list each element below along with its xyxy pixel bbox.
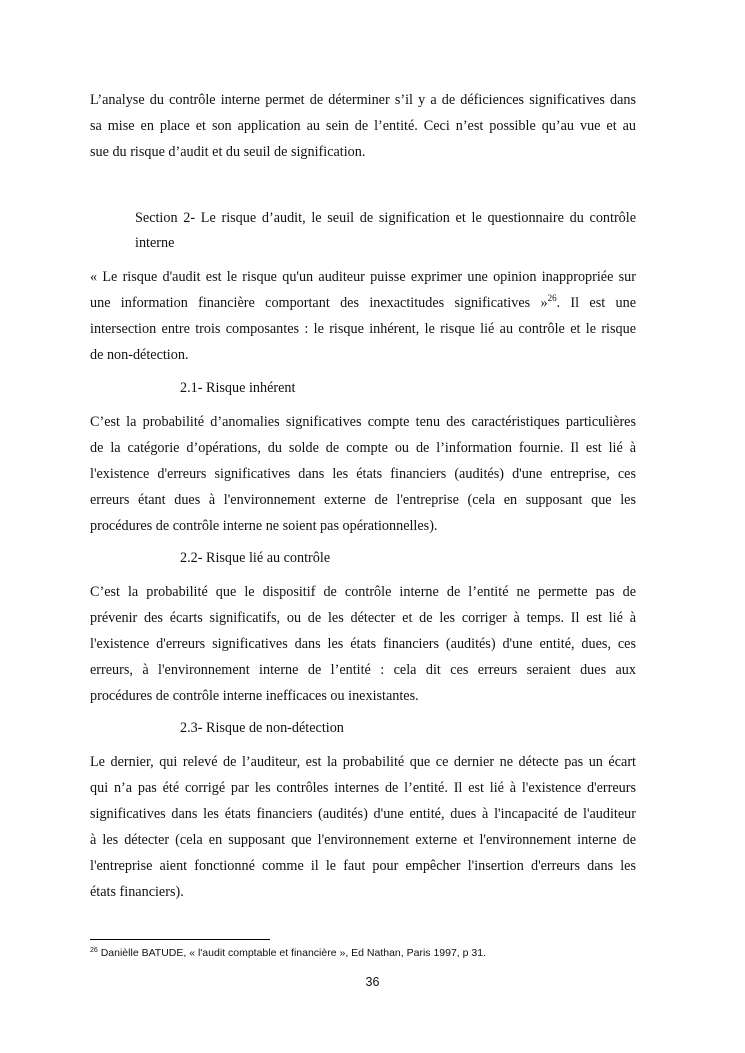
subsection-2-2-line-2: prévenir des écarts significatifs, ou de… (90, 609, 636, 627)
subsection-2-3-line-4: à les détecter (cela en supposant que l'… (90, 831, 636, 849)
subsection-2-2-line-3: l'existence d'erreurs significatives dan… (90, 635, 636, 653)
intro-line-3: sue du risque d’audit et du seuil de sig… (90, 143, 636, 161)
footnote-text: Danièlle BATUDE, « l'audit comptable et … (98, 947, 486, 959)
subsection-2-1-line-1: C’est la probabilité d’anomalies signifi… (90, 413, 636, 431)
footnote-separator (90, 939, 270, 940)
footnote: 26 Danièlle BATUDE, « l'audit comptable … (90, 946, 486, 960)
page-number: 36 (0, 975, 745, 989)
definition-line-1: « Le risque d'audit est le risque qu'un … (90, 268, 636, 286)
intro-line-1: L’analyse du contrôle interne permet de … (90, 91, 636, 109)
footnote-reference[interactable]: 26 (548, 293, 557, 303)
subsection-heading-2-3: 2.3- Risque de non-détection (180, 719, 726, 737)
definition-line-2-text: une information financière comportant de… (90, 295, 548, 311)
subsection-2-2-line-1: C’est la probabilité que le dispositif d… (90, 583, 636, 601)
document-page: L’analyse du contrôle interne permet de … (0, 0, 745, 1053)
subsection-2-1-line-5: procédures de contrôle interne ne soient… (90, 517, 636, 535)
footnote-number: 26 (90, 947, 98, 954)
section-heading-line-1: Section 2- Le risque d’audit, le seuil d… (135, 209, 636, 227)
definition-line-2: une information financière comportant de… (90, 294, 636, 312)
section-heading-line-2: interne (135, 234, 636, 252)
definition-line-3: intersection entre trois composantes : l… (90, 320, 636, 338)
subsection-heading-2-2: 2.2- Risque lié au contrôle (180, 549, 726, 567)
subsection-2-3-line-3: significatives dans les états financiers… (90, 805, 636, 823)
intro-line-2: sa mise en place et son application au s… (90, 117, 636, 135)
subsection-2-3-line-1: Le dernier, qui relevé de l’auditeur, es… (90, 753, 636, 771)
definition-line-2-tail: . Il est une (557, 295, 636, 311)
subsection-2-1-line-2: de la catégorie d’opérations, du solde d… (90, 439, 636, 457)
subsection-2-3-line-6: états financiers). (90, 883, 636, 901)
subsection-2-2-line-4: erreurs, à l'environnement interne de l’… (90, 661, 636, 679)
subsection-heading-2-1: 2.1- Risque inhérent (180, 379, 726, 397)
subsection-2-3-line-5: l'entreprise aient fonctionné comme il l… (90, 857, 636, 875)
subsection-2-3-line-2: qui n’a pas été corrigé par les contrôle… (90, 779, 636, 797)
subsection-2-1-line-4: erreurs étant dues à l'environnement ext… (90, 491, 636, 509)
definition-line-4: de non-détection. (90, 346, 636, 364)
subsection-2-1-line-3: l'existence d'erreurs significatives dan… (90, 465, 636, 483)
subsection-2-2-line-5: procédures de contrôle interne inefficac… (90, 687, 636, 705)
